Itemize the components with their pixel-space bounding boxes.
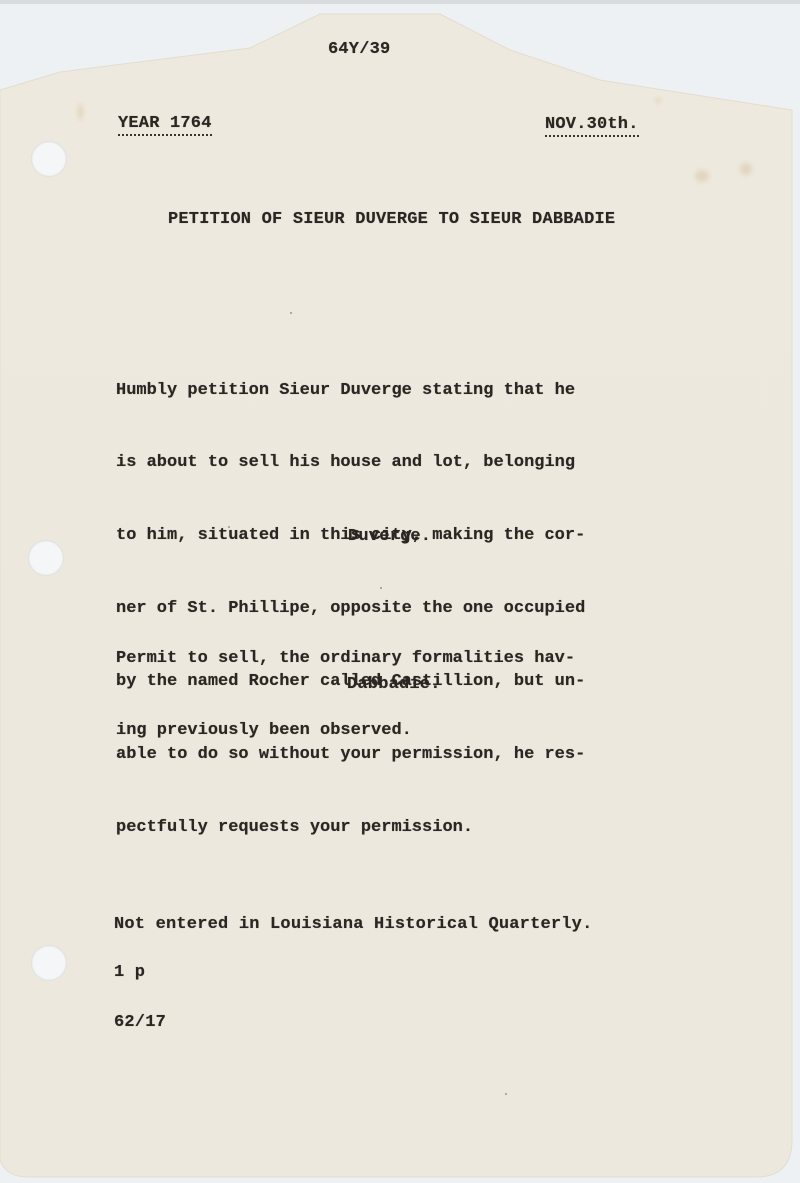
paper-stain bbox=[78, 104, 83, 120]
punch-hole-bottom bbox=[31, 945, 67, 981]
reference-number: 62/17 bbox=[114, 1013, 166, 1032]
tab-label: 64Y/39 bbox=[328, 40, 390, 59]
date-heading: NOV.30th. bbox=[545, 115, 639, 137]
petition-line: pectfully requests your permission. bbox=[116, 816, 585, 840]
petition-signature: Duverge. bbox=[348, 527, 431, 546]
year-heading: YEAR 1764 bbox=[118, 114, 212, 136]
document-title: PETITION OF SIEUR DUVERGE TO SIEUR DABBA… bbox=[168, 210, 615, 229]
paper-stain bbox=[655, 98, 661, 103]
paper-speck bbox=[505, 1093, 507, 1095]
paper-stain bbox=[740, 163, 752, 175]
index-card: 64Y/39 YEAR 1764 NOV.30th. PETITION OF S… bbox=[0, 0, 800, 1183]
petition-line: Humbly petition Sieur Duverge stating th… bbox=[116, 379, 585, 403]
response-paragraph: Permit to sell, the ordinary formalities… bbox=[116, 598, 575, 792]
petition-line: is about to sell his house and lot, belo… bbox=[116, 451, 585, 475]
response-line: Permit to sell, the ordinary formalities… bbox=[116, 647, 575, 671]
punch-hole-top bbox=[31, 141, 67, 177]
page-count: 1 p bbox=[114, 963, 145, 982]
paper-stain bbox=[695, 170, 709, 182]
punch-hole-middle bbox=[28, 540, 64, 576]
response-line: ing previously been observed. bbox=[116, 719, 575, 743]
paper-speck bbox=[290, 312, 292, 314]
response-signature: Dabbadie. bbox=[347, 675, 441, 694]
publication-note: Not entered in Louisiana Historical Quar… bbox=[114, 915, 592, 934]
